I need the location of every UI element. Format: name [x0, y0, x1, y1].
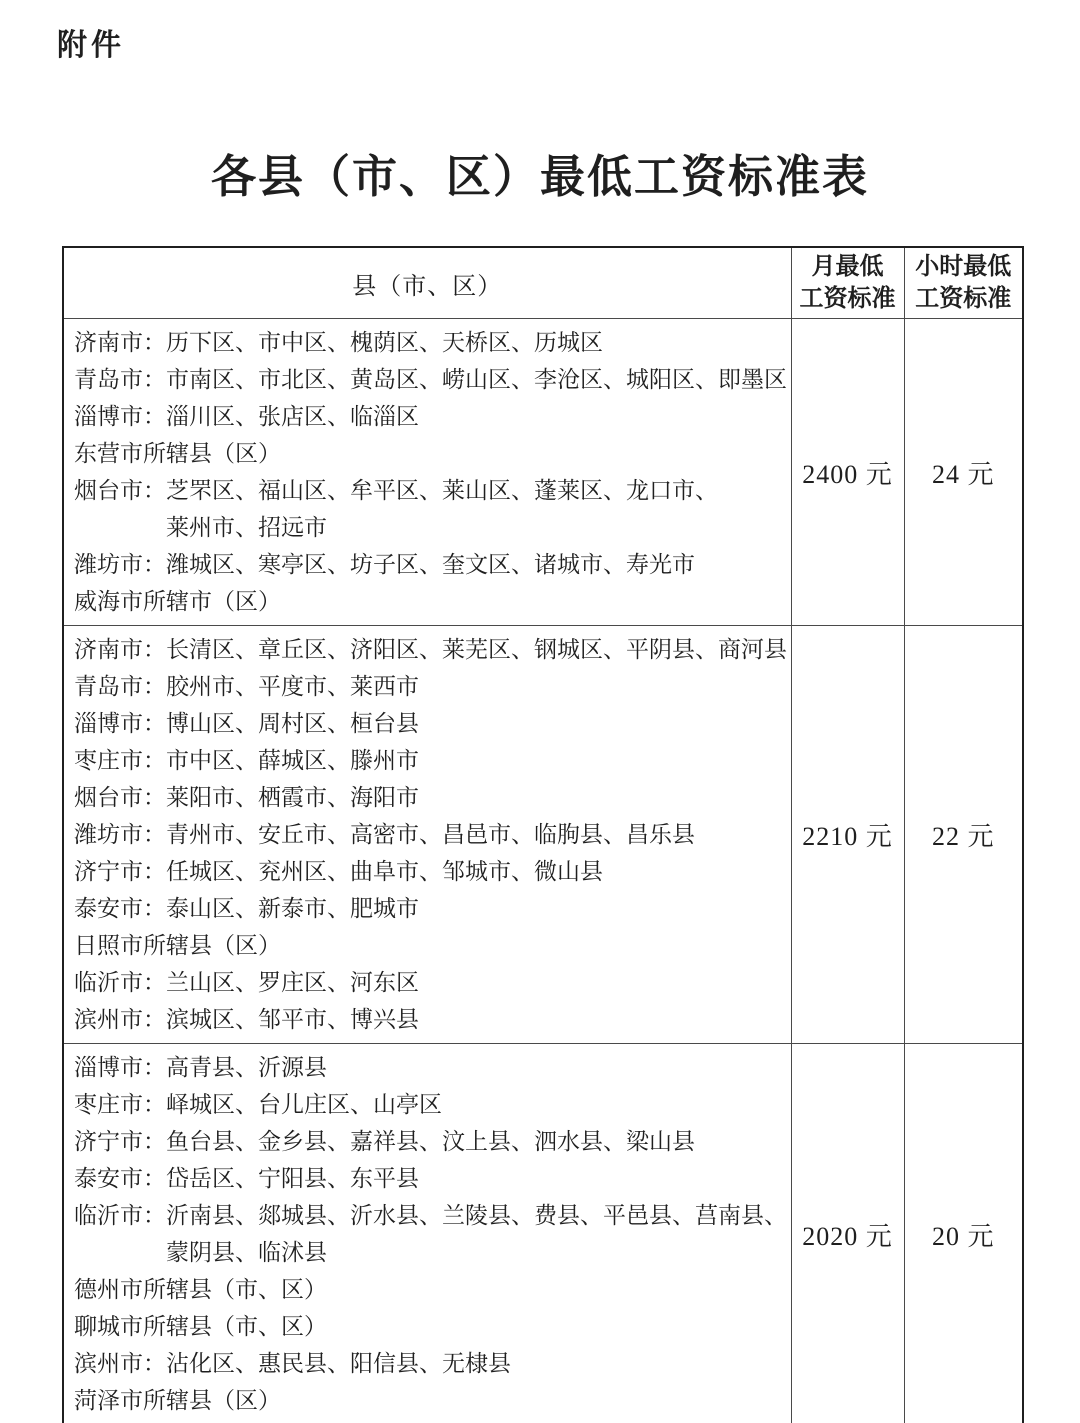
region-line: 滨州市：沾化区、惠民县、阳信县、无棣县 — [74, 1345, 785, 1382]
monthly-wage-tier2: 2210 元 — [791, 626, 904, 1044]
region-line: 潍坊市：青州市、安丘市、高密市、昌邑市、临朐县、昌乐县 — [74, 816, 785, 853]
table-row: 济南市：历下区、市中区、槐荫区、天桥区、历城区 青岛市：市南区、市北区、黄岛区、… — [63, 319, 1023, 626]
region-line: 日照市所辖县（区） — [74, 927, 785, 964]
table-row: 济南市：长清区、章丘区、济阳区、莱芜区、钢城区、平阴县、商河县 青岛市：胶州市、… — [63, 626, 1023, 1044]
region-list-tier3: 淄博市：高青县、沂源县 枣庄市：峄城区、台儿庄区、山亭区 济宁市：鱼台县、金乡县… — [63, 1044, 791, 1423]
region-line: 东营市所辖县（区） — [74, 435, 785, 472]
header-hourly-line1: 小时最低 — [905, 251, 1023, 283]
region-line-continuation: 蒙阴县、临沭县 — [74, 1234, 785, 1271]
region-line: 菏泽市所辖县（区） — [74, 1382, 785, 1419]
header-monthly-line1: 月最低 — [792, 251, 904, 283]
region-line: 临沂市：兰山区、罗庄区、河东区 — [74, 964, 785, 1001]
region-line: 济宁市：鱼台县、金乡县、嘉祥县、汶上县、泗水县、梁山县 — [74, 1123, 785, 1160]
header-hourly-wage: 小时最低 工资标准 — [904, 247, 1023, 319]
header-row: 县（市、区） 月最低 工资标准 小时最低 工资标准 — [63, 247, 1023, 319]
region-line: 临沂市：沂南县、郯城县、沂水县、兰陵县、费县、平邑县、莒南县、 — [74, 1197, 785, 1234]
region-line: 济宁市：任城区、兖州区、曲阜市、邹城市、微山县 — [74, 853, 785, 890]
region-list-tier2: 济南市：长清区、章丘区、济阳区、莱芜区、钢城区、平阴县、商河县 青岛市：胶州市、… — [63, 626, 791, 1044]
monthly-wage-tier1: 2400 元 — [791, 319, 904, 626]
region-line: 淄博市：博山区、周村区、桓台县 — [74, 705, 785, 742]
region-line: 烟台市：莱阳市、栖霞市、海阳市 — [74, 779, 785, 816]
region-line: 威海市所辖市（区） — [74, 583, 785, 620]
region-line: 烟台市：芝罘区、福山区、牟平区、莱山区、蓬莱区、龙口市、 — [74, 472, 785, 509]
region-line: 枣庄市：峄城区、台儿庄区、山亭区 — [74, 1086, 785, 1123]
region-line: 聊城市所辖县（市、区） — [74, 1308, 785, 1345]
region-line: 潍坊市：潍城区、寒亭区、坊子区、奎文区、诸城市、寿光市 — [74, 546, 785, 583]
region-line: 枣庄市：市中区、薛城区、滕州市 — [74, 742, 785, 779]
region-line: 青岛市：胶州市、平度市、莱西市 — [74, 668, 785, 705]
region-line: 泰安市：泰山区、新泰市、肥城市 — [74, 890, 785, 927]
monthly-wage-tier3: 2020 元 — [791, 1044, 904, 1423]
region-line-continuation: 莱州市、招远市 — [74, 509, 785, 546]
region-line: 淄博市：淄川区、张店区、临淄区 — [74, 398, 785, 435]
hourly-wage-tier1: 24 元 — [904, 319, 1023, 626]
wage-table: 县（市、区） 月最低 工资标准 小时最低 工资标准 济南市：历下区、市中区、槐荫… — [62, 246, 1024, 1423]
region-line: 德州市所辖县（市、区） — [74, 1271, 785, 1308]
region-list-tier1: 济南市：历下区、市中区、槐荫区、天桥区、历城区 青岛市：市南区、市北区、黄岛区、… — [63, 319, 791, 626]
region-line: 滨州市：滨城区、邹平市、博兴县 — [74, 1001, 785, 1038]
hourly-wage-tier2: 22 元 — [904, 626, 1023, 1044]
header-hourly-line2: 工资标准 — [905, 283, 1023, 315]
region-line: 淄博市：高青县、沂源县 — [74, 1049, 785, 1086]
region-line: 济南市：历下区、市中区、槐荫区、天桥区、历城区 — [74, 324, 785, 361]
attachment-label: 附件 — [57, 20, 125, 64]
table-row: 淄博市：高青县、沂源县 枣庄市：峄城区、台儿庄区、山亭区 济宁市：鱼台县、金乡县… — [63, 1044, 1023, 1423]
page-title: 各县（市、区）最低工资标准表 — [0, 140, 1080, 205]
header-monthly-wage: 月最低 工资标准 — [791, 247, 904, 319]
document-page: 附件 各县（市、区）最低工资标准表 县（市、区） 月最低 工资标准 小时最低 工… — [0, 0, 1080, 1423]
region-line: 青岛市：市南区、市北区、黄岛区、崂山区、李沧区、城阳区、即墨区 — [74, 361, 785, 398]
table-header: 县（市、区） 月最低 工资标准 小时最低 工资标准 — [63, 247, 1023, 319]
header-monthly-line2: 工资标准 — [792, 283, 904, 315]
header-region: 县（市、区） — [63, 247, 791, 319]
hourly-wage-tier3: 20 元 — [904, 1044, 1023, 1423]
region-line: 济南市：长清区、章丘区、济阳区、莱芜区、钢城区、平阴县、商河县 — [74, 631, 785, 668]
region-line: 泰安市：岱岳区、宁阳县、东平县 — [74, 1160, 785, 1197]
